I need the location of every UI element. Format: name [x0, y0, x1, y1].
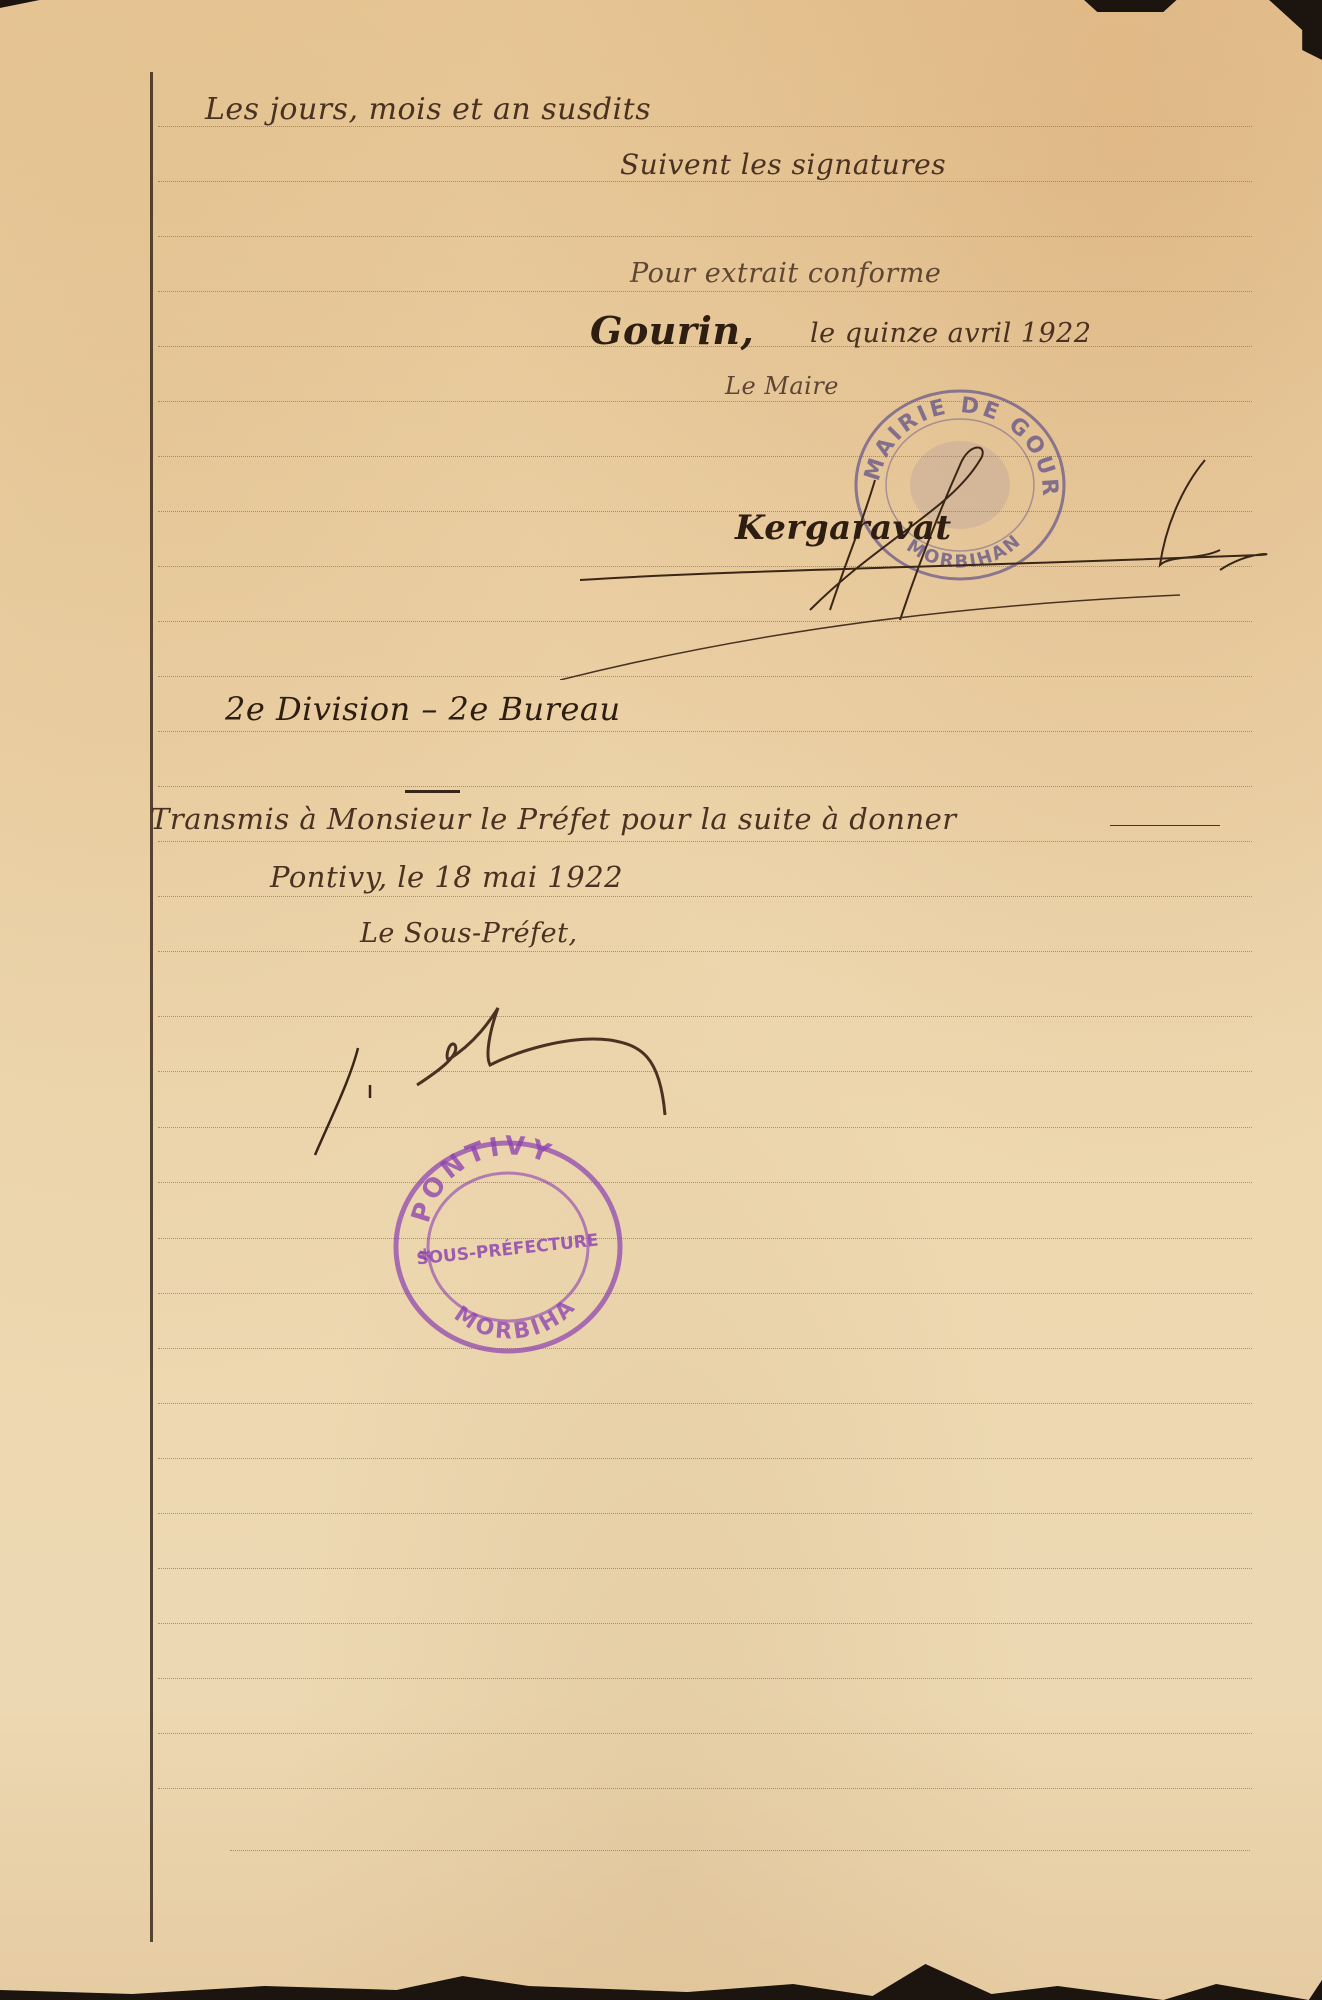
certification-line-2: Suivent les signatures — [620, 148, 946, 181]
ruled-line — [158, 236, 1252, 237]
certification-place: Gourin, — [590, 308, 754, 353]
ruled-line — [158, 951, 1252, 952]
svg-text:✱: ✱ — [418, 1245, 431, 1264]
stamp-sous-prefecture-pontivy: PONTIVY MORBIHAN SOUS-PRÉFECTURE ✱ — [388, 1135, 628, 1360]
ruled-line — [158, 1182, 1252, 1183]
transmission-tail-stroke — [1110, 825, 1220, 826]
ruled-line — [158, 731, 1252, 732]
mayor-signature: Kergaravat — [735, 508, 952, 548]
svg-text:SOUS-PRÉFECTURE: SOUS-PRÉFECTURE — [415, 1229, 599, 1270]
underline-dash — [405, 790, 460, 793]
ruled-line — [158, 1238, 1252, 1239]
ruled-line — [158, 1623, 1252, 1624]
margin-line — [150, 72, 153, 1942]
ruled-line — [158, 1788, 1252, 1789]
ruled-line — [158, 1568, 1252, 1569]
document-page: Les jours, mois et an susdits Suivent le… — [0, 0, 1322, 2000]
transmission-heading: 2e Division – 2e Bureau — [225, 690, 621, 728]
ruled-line — [158, 1458, 1252, 1459]
transmission-place-date: Pontivy, le 18 mai 1922 — [270, 860, 623, 894]
ruled-line — [158, 1348, 1252, 1349]
certification-title: Le Maire — [725, 372, 839, 400]
ruled-line — [158, 896, 1252, 897]
ruled-line — [158, 1513, 1252, 1514]
ruled-line — [158, 1293, 1252, 1294]
mayor-signature-strokes — [560, 420, 1280, 680]
transmission-line-1: Transmis à Monsieur le Préfet pour la su… — [150, 802, 957, 836]
svg-text:PONTIVY: PONTIVY — [406, 1135, 558, 1226]
ruled-line — [158, 786, 1252, 787]
transmission-title: Le Sous-Préfet, — [360, 918, 578, 949]
ruled-line — [158, 401, 1252, 402]
ruled-line — [158, 841, 1252, 842]
certification-date: le quinze avril 1922 — [810, 318, 1092, 349]
ruled-line — [230, 1850, 1250, 1851]
ruled-line — [158, 291, 1252, 292]
ruled-line — [158, 181, 1252, 182]
ruled-line — [158, 1733, 1252, 1734]
stamp-pontivy-ring-icon: PONTIVY MORBIHAN SOUS-PRÉFECTURE ✱ — [388, 1135, 628, 1360]
ruled-line — [158, 1678, 1252, 1679]
certification-line-3: Pour extrait conforme — [630, 258, 941, 289]
certification-line-1: Les jours, mois et an susdits — [205, 92, 651, 127]
ruled-line — [158, 1403, 1252, 1404]
